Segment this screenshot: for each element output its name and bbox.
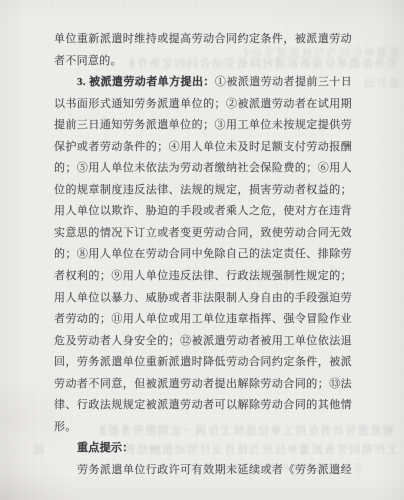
- line-text: 单位重新派遣时维持或提高劳动合同约定条件，被派遣劳动: [54, 33, 352, 45]
- text-line: 的；⑤用人单位未依法为劳动者缴纳社会保险费的；⑥用人单: [54, 158, 352, 180]
- line-text: 提前三日通知劳务派遣单位的；③用工单位未按规定提供劳动: [54, 119, 352, 137]
- line-text: 危及劳动者人身安全的；⑫被派遣劳动者被用工单位依法退: [54, 335, 352, 347]
- text-line: 劳动者不同意，但被派遣劳动者提出解除劳动合同的；⑬法: [54, 374, 352, 396]
- line-text: 者权利的；⑨用人单位违反法律、行政法规强制性规定的；⑩: [54, 270, 352, 288]
- line-text: 律、行政法规规定被派遣劳动者可以解除劳动合同的其他情: [54, 399, 352, 411]
- line-text: 劳务派遣单位行政许可有效期未延续或者《劳务派遣经: [77, 464, 352, 476]
- line-text: 回，劳务派遣单位重新派遣时降低劳动合同约定条件，被派遣: [54, 356, 352, 374]
- text-line: 者不同意的。: [54, 51, 352, 73]
- text-line: 位的规章制度违反法律、法规的规定，损害劳动者权益的；⑦: [54, 180, 352, 202]
- text-line: 形。: [54, 417, 352, 439]
- body-text: 单位重新派遣时维持或提高劳动合同约定条件，被派遣劳动者不同意的。3. 被派遣劳动…: [54, 29, 352, 481]
- text-line: 回，劳务派遣单位重新派遣时降低劳动合同约定条件，被派遣: [54, 352, 352, 374]
- text-line: 重点提示：: [54, 438, 352, 460]
- text-line: 用人单位以暴力、威胁或者非法限制人身自由的手段强迫劳动: [54, 288, 352, 310]
- text-line: 实意思的情况下订立或者变更劳动合同，致使劳动合同无效: [54, 223, 352, 245]
- text-line: 单位重新派遣时维持或提高劳动合同约定条件，被派遣劳动: [54, 29, 352, 51]
- line-text: 以书面形式通知劳务派遣单位的；②被派遣劳动者在试用期内: [54, 98, 352, 116]
- text-line: 者权利的；⑨用人单位违反法律、行政法规强制性规定的；⑩: [54, 266, 352, 288]
- line-text: 者不同意的。: [54, 55, 122, 67]
- line-text: 位的规章制度违反法律、法规的规定，损害劳动者权益的；⑦: [54, 184, 352, 202]
- text-line: 保护或者劳动条件的；④用人单位未及时足额支付劳动报酬: [54, 137, 352, 159]
- line-text: 保护或者劳动条件的；④用人单位未及时足额支付劳动报酬: [54, 141, 352, 153]
- text-line: 用人单位以欺诈、胁迫的手段或者乘人之危，使对方在违背真: [54, 201, 352, 223]
- scanned-document-page: 派遣单位应当与被派遣劳动者订立劳务派遣单位重新派遣时降低劳动合同约定条件被派遣劳…: [0, 0, 404, 500]
- text-line: 劳务派遣单位行政许可有效期未延续或者《劳务派遣经: [54, 460, 352, 482]
- text-line: 3. 被派遣劳动者单方提出：①被派遣劳动者提前三十日: [54, 72, 352, 94]
- text-line: 者劳动的；⑪用人单位或用工单位违章指挥、强令冒险作业: [54, 309, 352, 331]
- bold-text: 3. 被派遣劳动者单方提出：: [77, 76, 215, 88]
- bleed-through-text: 遣劳动: [344, 77, 400, 91]
- line-text: 者劳动的；⑪用人单位或用工单位违章指挥、强令冒险作业: [54, 313, 352, 325]
- line-text: 形。: [54, 421, 77, 433]
- text-line: 提前三日通知劳务派遣单位的；③用工单位未按规定提供劳动: [54, 115, 352, 137]
- line-text: 用人单位以欺诈、胁迫的手段或者乘人之危，使对方在违背真: [54, 205, 352, 223]
- text-line: 律、行政法规规定被派遣劳动者可以解除劳动合同的其他情: [54, 395, 352, 417]
- line-text: 的；⑤用人单位未依法为劳动者缴纳社会保险费的；⑥用人单: [54, 162, 352, 180]
- line-text: 实意思的情况下订立或者变更劳动合同，致使劳动合同无效: [54, 227, 352, 239]
- text-line: 的；⑧用人单位在劳动合同中免除自己的法定责任、排除劳动: [54, 244, 352, 266]
- line-text: ①被派遣劳动者提前三十日: [215, 76, 352, 88]
- bleed-through-text: 派: [27, 443, 44, 457]
- text-line: 以书面形式通知劳务派遣单位的；②被派遣劳动者在试用期内: [54, 94, 352, 116]
- line-text: 劳动者不同意，但被派遣劳动者提出解除劳动合同的；⑬法: [54, 378, 352, 390]
- line-text: 的；⑧用人单位在劳动合同中免除自己的法定责任、排除劳动: [54, 248, 352, 266]
- bold-text: 重点提示：: [77, 442, 134, 454]
- text-line: 危及劳动者人身安全的；⑫被派遣劳动者被用工单位依法退: [54, 331, 352, 353]
- line-text: 用人单位以暴力、威胁或者非法限制人身自由的手段强迫劳动: [54, 292, 352, 310]
